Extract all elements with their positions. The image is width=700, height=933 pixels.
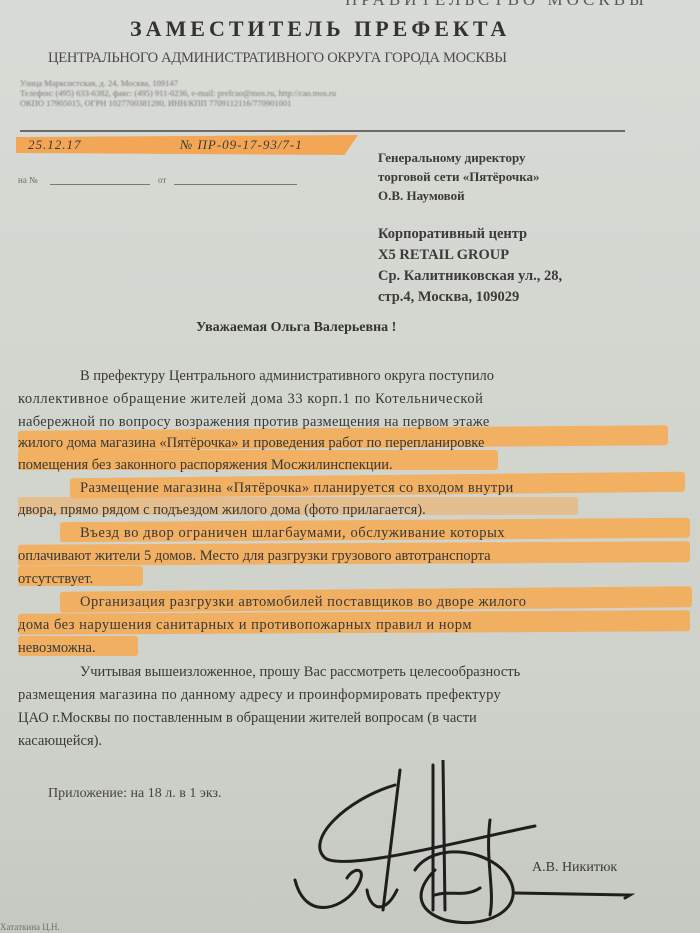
paragraph-line: Размещение магазина «Пятёрочка» планируе… bbox=[80, 477, 514, 500]
paragraph-line: коллективное обращение жителей дома 33 к… bbox=[18, 388, 484, 411]
recipient-block: Генеральному директору торговой сети «Пя… bbox=[378, 148, 540, 205]
letter-page: ПРАВИТЕЛЬСТВО МОСКВЫ ЗАМЕСТИТЕЛЬ ПРЕФЕКТ… bbox=[0, 0, 700, 933]
executor-name: Хататкина Ц.Н. bbox=[0, 922, 60, 932]
letterhead-title: ЗАМЕСТИТЕЛЬ ПРЕФЕКТА bbox=[130, 16, 510, 42]
paragraph-line: невозможна. bbox=[18, 637, 96, 660]
paragraph-line: ЦАО г.Москвы по поставленным в обращении… bbox=[18, 707, 477, 730]
ref-no-line bbox=[50, 184, 150, 185]
ref-from-line bbox=[174, 184, 297, 185]
recipient-position: Генеральному директору bbox=[378, 148, 540, 167]
recipient-address: Корпоративный центр X5 RETAIL GROUP Ср. … bbox=[378, 224, 562, 308]
paragraph-line: жилого дома магазина «Пятёрочка» и прове… bbox=[18, 432, 484, 455]
government-header: ПРАВИТЕЛЬСТВО МОСКВЫ bbox=[345, 0, 648, 10]
signature-icon bbox=[285, 760, 655, 930]
paragraph-line: Организация разгрузки автомобилей постав… bbox=[80, 591, 527, 614]
handwritten-date: 25.12.17 bbox=[28, 137, 82, 152]
registration-line: 25.12.17 № ПР-09-17-93/7-1 bbox=[28, 137, 303, 153]
paragraph-line: В префектуру Центрального административн… bbox=[80, 365, 494, 388]
address-line: X5 RETAIL GROUP bbox=[378, 245, 562, 266]
recipient-company: торговой сети «Пятёрочка» bbox=[378, 167, 540, 186]
letterhead-divider bbox=[20, 130, 625, 132]
handwritten-number: № ПР-09-17-93/7-1 bbox=[180, 137, 303, 152]
greeting: Уважаемая Ольга Валерьевна ! bbox=[196, 320, 396, 336]
paragraph-line: помещения без законного распоряжения Мос… bbox=[18, 454, 393, 477]
letterhead-contacts: Улица Марксистская, д. 24, Москва, 10914… bbox=[20, 78, 336, 108]
paragraph-line: двора, прямо рядом с подъездом жилого до… bbox=[18, 499, 426, 522]
paragraph-line: касающейся). bbox=[18, 730, 102, 753]
paragraph-line: оплачивают жители 5 домов. Место для раз… bbox=[18, 545, 491, 568]
paragraph-line: Учитывая вышеизложенное, прошу Вас рассм… bbox=[80, 661, 520, 684]
address-line: стр.4, Москва, 109029 bbox=[378, 287, 562, 308]
contact-address: Улица Марксистская, д. 24, Москва, 10914… bbox=[20, 78, 336, 88]
signer-name: А.В. Никитюк bbox=[532, 860, 617, 876]
paragraph-line: Въезд во двор ограничен шлагбаумами, обс… bbox=[80, 522, 505, 545]
address-line: Корпоративный центр bbox=[378, 224, 562, 245]
recipient-name: О.В. Наумовой bbox=[378, 186, 540, 205]
paragraph-line: отсутствует. bbox=[18, 568, 93, 591]
paragraph-line: набережной по вопросу возражения против … bbox=[18, 411, 490, 434]
contact-codes: ОКПО 17905015, ОГРН 1027700381280, ИНН/К… bbox=[20, 98, 336, 108]
contact-phone: Телефон: (495) 633-6382, факс: (495) 911… bbox=[20, 88, 336, 98]
paragraph-line: размещения магазина по данному адресу и … bbox=[18, 684, 501, 707]
ref-no-label: на № bbox=[18, 175, 38, 185]
ref-from-label: от bbox=[158, 175, 166, 185]
paragraph-line: дома без нарушения санитарных и противоп… bbox=[18, 614, 472, 637]
letterhead-subtitle: ЦЕНТРАЛЬНОГО АДМИНИСТРАТИВНОГО ОКРУГА ГО… bbox=[48, 50, 507, 67]
address-line: Ср. Калитниковская ул., 28, bbox=[378, 266, 562, 287]
attachment-note: Приложение: на 18 л. в 1 экз. bbox=[48, 786, 222, 802]
